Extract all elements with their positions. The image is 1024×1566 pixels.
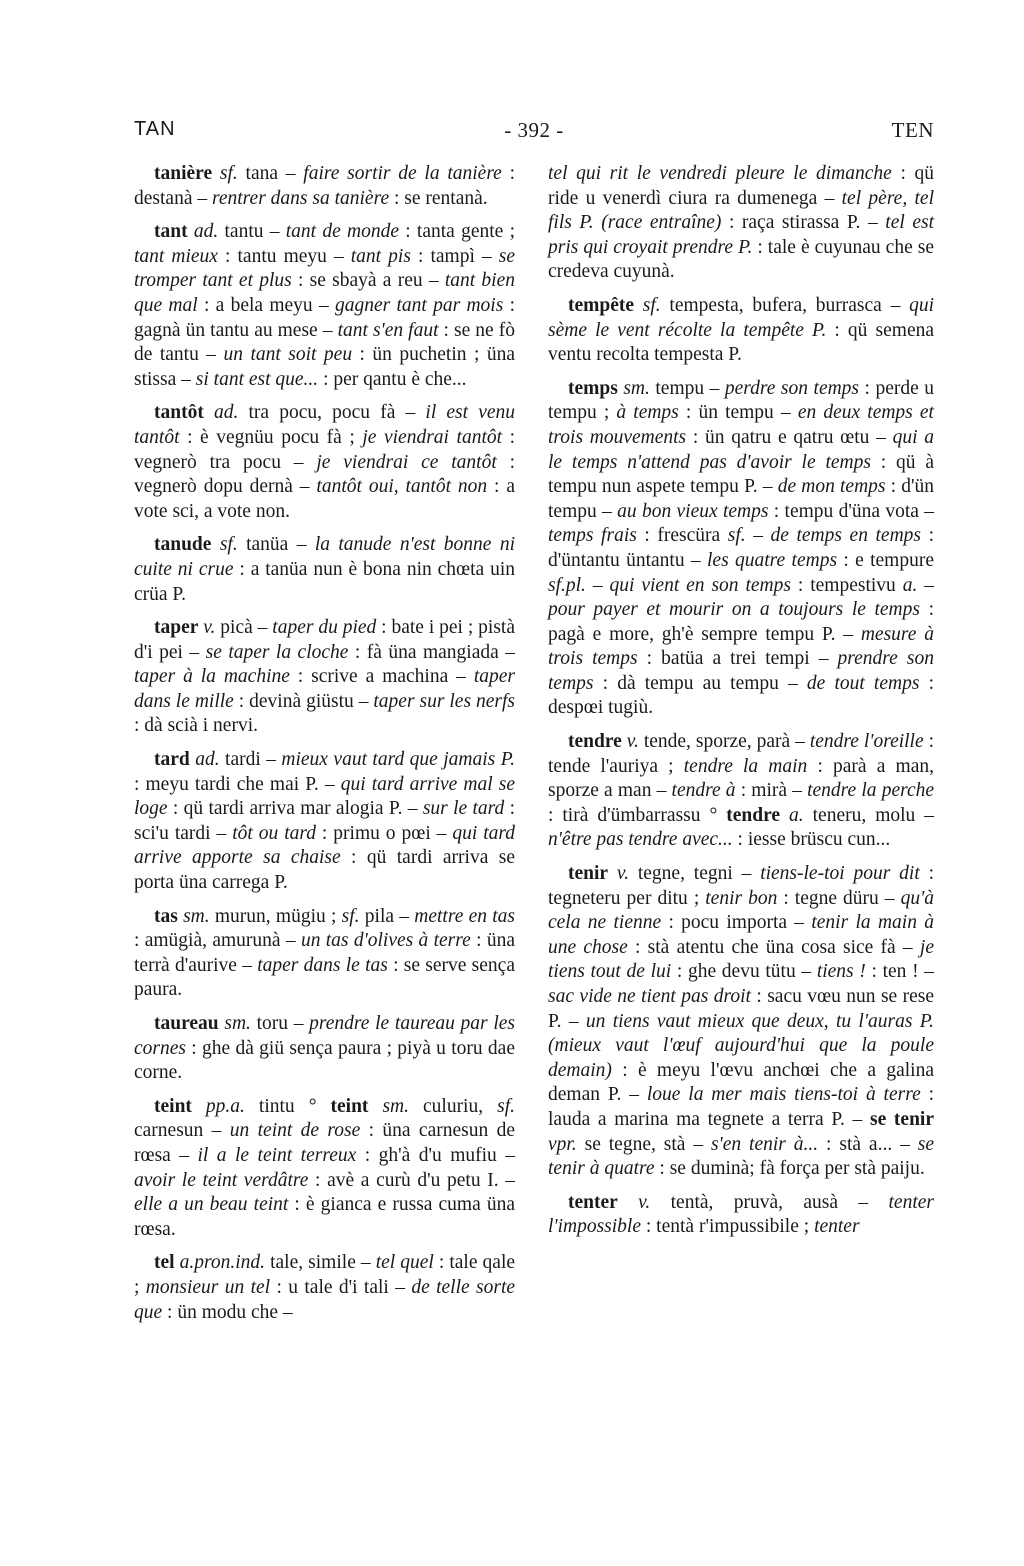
translation-text: : devinà giüstu – <box>234 691 374 712</box>
headword: tendre <box>568 731 622 752</box>
grammar-label: sf. <box>220 534 238 555</box>
grammar-label: sm. <box>382 1096 409 1117</box>
translation-text: : tirà d'ümbarrassu ° <box>548 805 726 826</box>
translation-text: tanüa – <box>238 534 315 555</box>
french-example: les quatre temps <box>707 550 837 571</box>
french-example: de temps en temps <box>771 525 922 546</box>
grammar-label: a. <box>903 575 918 596</box>
translation-text: pila – <box>360 906 415 927</box>
translation-text: : tantu meyu – <box>218 246 351 267</box>
translation-text: : e tempure <box>837 550 934 571</box>
french-example: pour payer et mourir on a toujours le te… <box>548 599 920 620</box>
translation-text: tana – <box>238 163 304 184</box>
grammar-label: v. <box>627 731 639 752</box>
dictionary-entry-taper: taper v. picà – taper du pied : bate i p… <box>134 616 515 739</box>
headword: temps <box>568 378 618 399</box>
translation-text: : amügià, amurunà – <box>134 930 301 951</box>
dictionary-entry-taureau: taureau sm. toru – prendre le taureau pa… <box>134 1012 515 1086</box>
translation-text: : scrive a machina – <box>290 666 474 687</box>
translation-text: : iesse brüscu cun... <box>733 829 891 850</box>
translation-text: se tegne, stà – <box>577 1134 711 1155</box>
dictionary-column-left: tanière sf. tana – faire sortir de la ta… <box>134 162 515 1334</box>
french-example: temps frais <box>548 525 637 546</box>
space <box>368 1096 382 1117</box>
translation-text: : se rentanà. <box>389 188 488 209</box>
french-example: à temps <box>616 402 678 423</box>
space <box>608 863 617 884</box>
translation-text: murun, mügiu ; <box>210 906 342 927</box>
french-example: un tant soit peu <box>224 344 353 365</box>
headword: tendre <box>726 805 780 826</box>
translation-text: – <box>586 575 610 596</box>
dictionary-entry-tenter: tenter v. tentà, pruvà, ausà – tenter l'… <box>548 1191 934 1240</box>
grammar-label: ad. <box>194 221 218 242</box>
dictionary-entry-tenir: tenir v. tegne, tegni – tiens-le-toi pou… <box>548 862 934 1182</box>
translation-text: : frescüra <box>637 525 728 546</box>
translation-text: tegne, tegni – <box>629 863 760 884</box>
grammar-label: a. <box>789 805 804 826</box>
translation-text: tantu – <box>218 221 286 242</box>
translation-text: : dà scià i nervi. <box>134 715 258 736</box>
headword: tanière <box>154 163 212 184</box>
french-example: je viendrai ce tantôt <box>316 452 496 473</box>
translation-text: : raça stirassa P. – <box>721 212 885 233</box>
space <box>212 163 220 184</box>
french-example: au bon vieux temps <box>617 501 768 522</box>
grammar-label: a.pron.ind. <box>180 1252 265 1273</box>
translation-text: : tempu d'üna vota – <box>768 501 934 522</box>
french-example: tendre la perche <box>807 780 934 801</box>
french-example: tiens ! <box>817 961 866 982</box>
translation-text: : tegne düru – <box>777 888 900 909</box>
translation-text: : tempestivu <box>791 575 903 596</box>
grammar-label: v. <box>203 617 215 638</box>
french-example: faire sortir de la tanière <box>303 163 502 184</box>
french-example: tenter <box>814 1216 859 1237</box>
grammar-label: ad. <box>214 402 238 423</box>
translation-text: : avè a curù d'u petu I. – <box>308 1170 515 1191</box>
headword: tenir <box>568 863 608 884</box>
french-example: taper à la machine <box>134 666 290 687</box>
translation-text: : è vegnüu pocu fà ; <box>180 427 363 448</box>
headword: teint <box>154 1096 192 1117</box>
translation-text: – <box>917 575 934 596</box>
grammar-label: pp.a. <box>206 1096 245 1117</box>
translation-text: tempesta, bufera, burrasca – <box>661 295 909 316</box>
french-example: s'en tenir à... <box>711 1134 818 1155</box>
french-example: tel qui rit le vendredi pleure le dimanc… <box>548 163 892 184</box>
dictionary-entry-tel: tel a.pron.ind. tale, simile – tel quel … <box>134 1251 515 1325</box>
translation-text: : qü tardi arriva mar alogia P. – <box>168 798 423 819</box>
translation-text: : stà atentu che üna cosa sice fà – <box>628 937 920 958</box>
translation-text: picà – <box>215 617 272 638</box>
french-example: monsieur un tel <box>146 1277 270 1298</box>
dictionary-entry-temps: temps sm. tempu – perdre son temps : per… <box>548 377 934 721</box>
french-example: tendre l'oreille <box>810 731 924 752</box>
french-example: tant pis <box>351 246 411 267</box>
translation-text: tale, simile – <box>265 1252 376 1273</box>
french-example: mettre en tas <box>414 906 515 927</box>
grammar-label: sm. <box>224 1013 251 1034</box>
french-example: tel quel <box>376 1252 434 1273</box>
dictionary-entry-tant: tant ad. tantu – tant de monde : tanta g… <box>134 220 515 392</box>
french-example: sac vide ne tient pas droit <box>548 986 751 1007</box>
french-example: taper dans le tas <box>257 955 388 976</box>
page-number: - 392 - <box>134 118 934 143</box>
translation-text: : ghe devu tütu – <box>671 961 817 982</box>
french-example: sur le tard <box>423 798 504 819</box>
headword: tel <box>154 1252 175 1273</box>
headword: tas <box>154 906 178 927</box>
french-example: elle a un beau teint <box>134 1194 288 1215</box>
space <box>192 1096 206 1117</box>
headword: tenter <box>568 1192 618 1213</box>
headword: taureau <box>154 1013 219 1034</box>
french-example: tôt ou tard <box>232 823 316 844</box>
french-example: de mon temps <box>778 476 886 497</box>
translation-text: : primu o pœi – <box>316 823 452 844</box>
french-example: tiens-le-toi pour dit <box>760 863 920 884</box>
grammar-label: sf. <box>728 525 746 546</box>
french-example: je viendrai tantôt <box>362 427 502 448</box>
translation-text: : batüa a trei tempi – <box>638 648 838 669</box>
dictionary-entry-taniere: tanière sf. tana – faire sortir de la ta… <box>134 162 515 211</box>
translation-text: : stà a... – <box>818 1134 918 1155</box>
grammar-label: ad. <box>195 749 219 770</box>
translation-text: : per qantu è che... <box>318 369 466 390</box>
translation-text: : tanta gente ; <box>399 221 515 242</box>
french-example: perdre son temps <box>725 378 859 399</box>
translation-text: tentà, pruvà, ausà – <box>650 1192 888 1213</box>
grammar-label: sf. <box>643 295 661 316</box>
headword: teint <box>331 1096 369 1117</box>
translation-text: : ün modu che – <box>162 1302 293 1323</box>
headword: taper <box>154 617 198 638</box>
french-example: taper sur les nerfs <box>373 691 515 712</box>
translation-text: : meyu tardi che mai P. – <box>134 774 341 795</box>
headword: tantôt <box>154 402 204 423</box>
dictionary-column-right: tel qui rit le vendredi pleure le dimanc… <box>548 162 934 1249</box>
headword: tard <box>154 749 190 770</box>
translation-text: carnesun – <box>134 1120 230 1141</box>
french-example: se taper la cloche <box>206 642 349 663</box>
dictionary-entry-tendre: tendre v. tende, sporze, parà – tendre l… <box>548 730 934 853</box>
french-example: tendre la main <box>684 756 808 777</box>
translation-text: tardi – <box>220 749 282 770</box>
translation-text: : dà tempu au tempu – <box>594 673 807 694</box>
space <box>780 805 789 826</box>
french-example: qui vient en son temps <box>610 575 791 596</box>
translation-text: : u tale d'i tali – <box>270 1277 411 1298</box>
space <box>618 1192 638 1213</box>
french-example: tant s'en faut <box>338 320 439 341</box>
dictionary-entry-tantot: tantôt ad. tra pocu, pocu fà – il est ve… <box>134 401 515 524</box>
french-example: si tant est que... <box>196 369 318 390</box>
space <box>204 402 214 423</box>
grammar-label: sf.pl. <box>548 575 586 596</box>
dictionary-entry-tanude: tanude sf. tanüa – la tanude n'est bonne… <box>134 533 515 607</box>
translation-text: : ün qatru e qatru œtu – <box>686 427 892 448</box>
french-example: tantôt oui, tantôt non <box>316 476 487 497</box>
translation-text: tempu – <box>650 378 725 399</box>
grammar-label: vpr. <box>548 1134 577 1155</box>
translation-text: – <box>746 525 771 546</box>
french-example: n'être pas tendre avec... <box>548 829 733 850</box>
grammar-label: sf. <box>342 906 360 927</box>
translation-text: : mirà – <box>736 780 808 801</box>
french-example: un tas d'olives à terre <box>301 930 471 951</box>
french-example: loue la mer mais tiens-toi à terre <box>647 1084 921 1105</box>
translation-text: : se sbayà a reu – <box>292 270 445 291</box>
grammar-label: v. <box>617 863 629 884</box>
translation-text: toru – <box>251 1013 309 1034</box>
translation-text: : pocu importa – <box>661 912 811 933</box>
french-example: gagner tant par mois <box>335 295 503 316</box>
french-example: tendre à <box>672 780 736 801</box>
translation-text: : tampì – <box>411 246 499 267</box>
translation-text: : ten ! – <box>866 961 934 982</box>
translation-text: : se duminà; fà força per stà paiju. <box>655 1158 925 1179</box>
space <box>211 534 219 555</box>
french-example: rentrer dans sa tanière <box>212 188 389 209</box>
french-example: un teint de rose <box>230 1120 361 1141</box>
french-example: tenir bon <box>705 888 777 909</box>
translation-text: : tentà r'impussibile ; <box>641 1216 814 1237</box>
grammar-label: sf. <box>220 163 238 184</box>
grammar-label: v. <box>638 1192 650 1213</box>
headword: tanude <box>154 534 211 555</box>
grammar-label: sm. <box>183 906 210 927</box>
translation-text: teneru, molu – <box>804 805 934 826</box>
french-example: taper du pied <box>272 617 376 638</box>
translation-text: : ghe dà giü sença paura ; piyà u toru d… <box>134 1038 515 1084</box>
french-example: tant mieux <box>134 246 218 267</box>
translation-text: : a bela meyu – <box>198 295 335 316</box>
french-example: il a le teint terreux <box>198 1145 357 1166</box>
space <box>634 295 643 316</box>
french-example: tant de monde <box>286 221 399 242</box>
dictionary-entry-tas: tas sm. murun, mügiu ; sf. pila – mettre… <box>134 905 515 1003</box>
grammar-label: sm. <box>623 378 650 399</box>
headword: tant <box>154 221 188 242</box>
translation-text: : gh'à d'u mufiu – <box>356 1145 515 1166</box>
translation-text: tra pocu, pocu fà – <box>238 402 425 423</box>
headword: se tenir <box>870 1109 934 1130</box>
translation-text: : ün tempu – <box>679 402 798 423</box>
page-header: TAN - 392 - TEN <box>134 118 934 148</box>
translation-text: : fà üna mangiada – <box>348 642 515 663</box>
french-example: de tout temps <box>807 673 920 694</box>
guide-word-right: TEN <box>892 118 934 143</box>
dictionary-entry-tempete: tempête sf. tempesta, bufera, burrasca –… <box>548 294 934 368</box>
dictionary-entry-tard: tard ad. tardi – mieux vaut tard que jam… <box>134 748 515 896</box>
headword: tempête <box>568 295 634 316</box>
french-example: mieux vaut tard que jamais P. <box>281 749 515 770</box>
dictionary-entry-teint: teint pp.a. tintu ° teint sm. culuriu, s… <box>134 1095 515 1243</box>
translation-text: tintu ° <box>245 1096 331 1117</box>
translation-text: culuriu, <box>409 1096 497 1117</box>
dictionary-entry-tel-cont: tel qui rit le vendredi pleure le dimanc… <box>548 162 934 285</box>
french-example: avoir le teint verdâtre <box>134 1170 308 1191</box>
grammar-label: sf. <box>497 1096 515 1117</box>
translation-text: tende, sporze, parà – <box>639 731 810 752</box>
